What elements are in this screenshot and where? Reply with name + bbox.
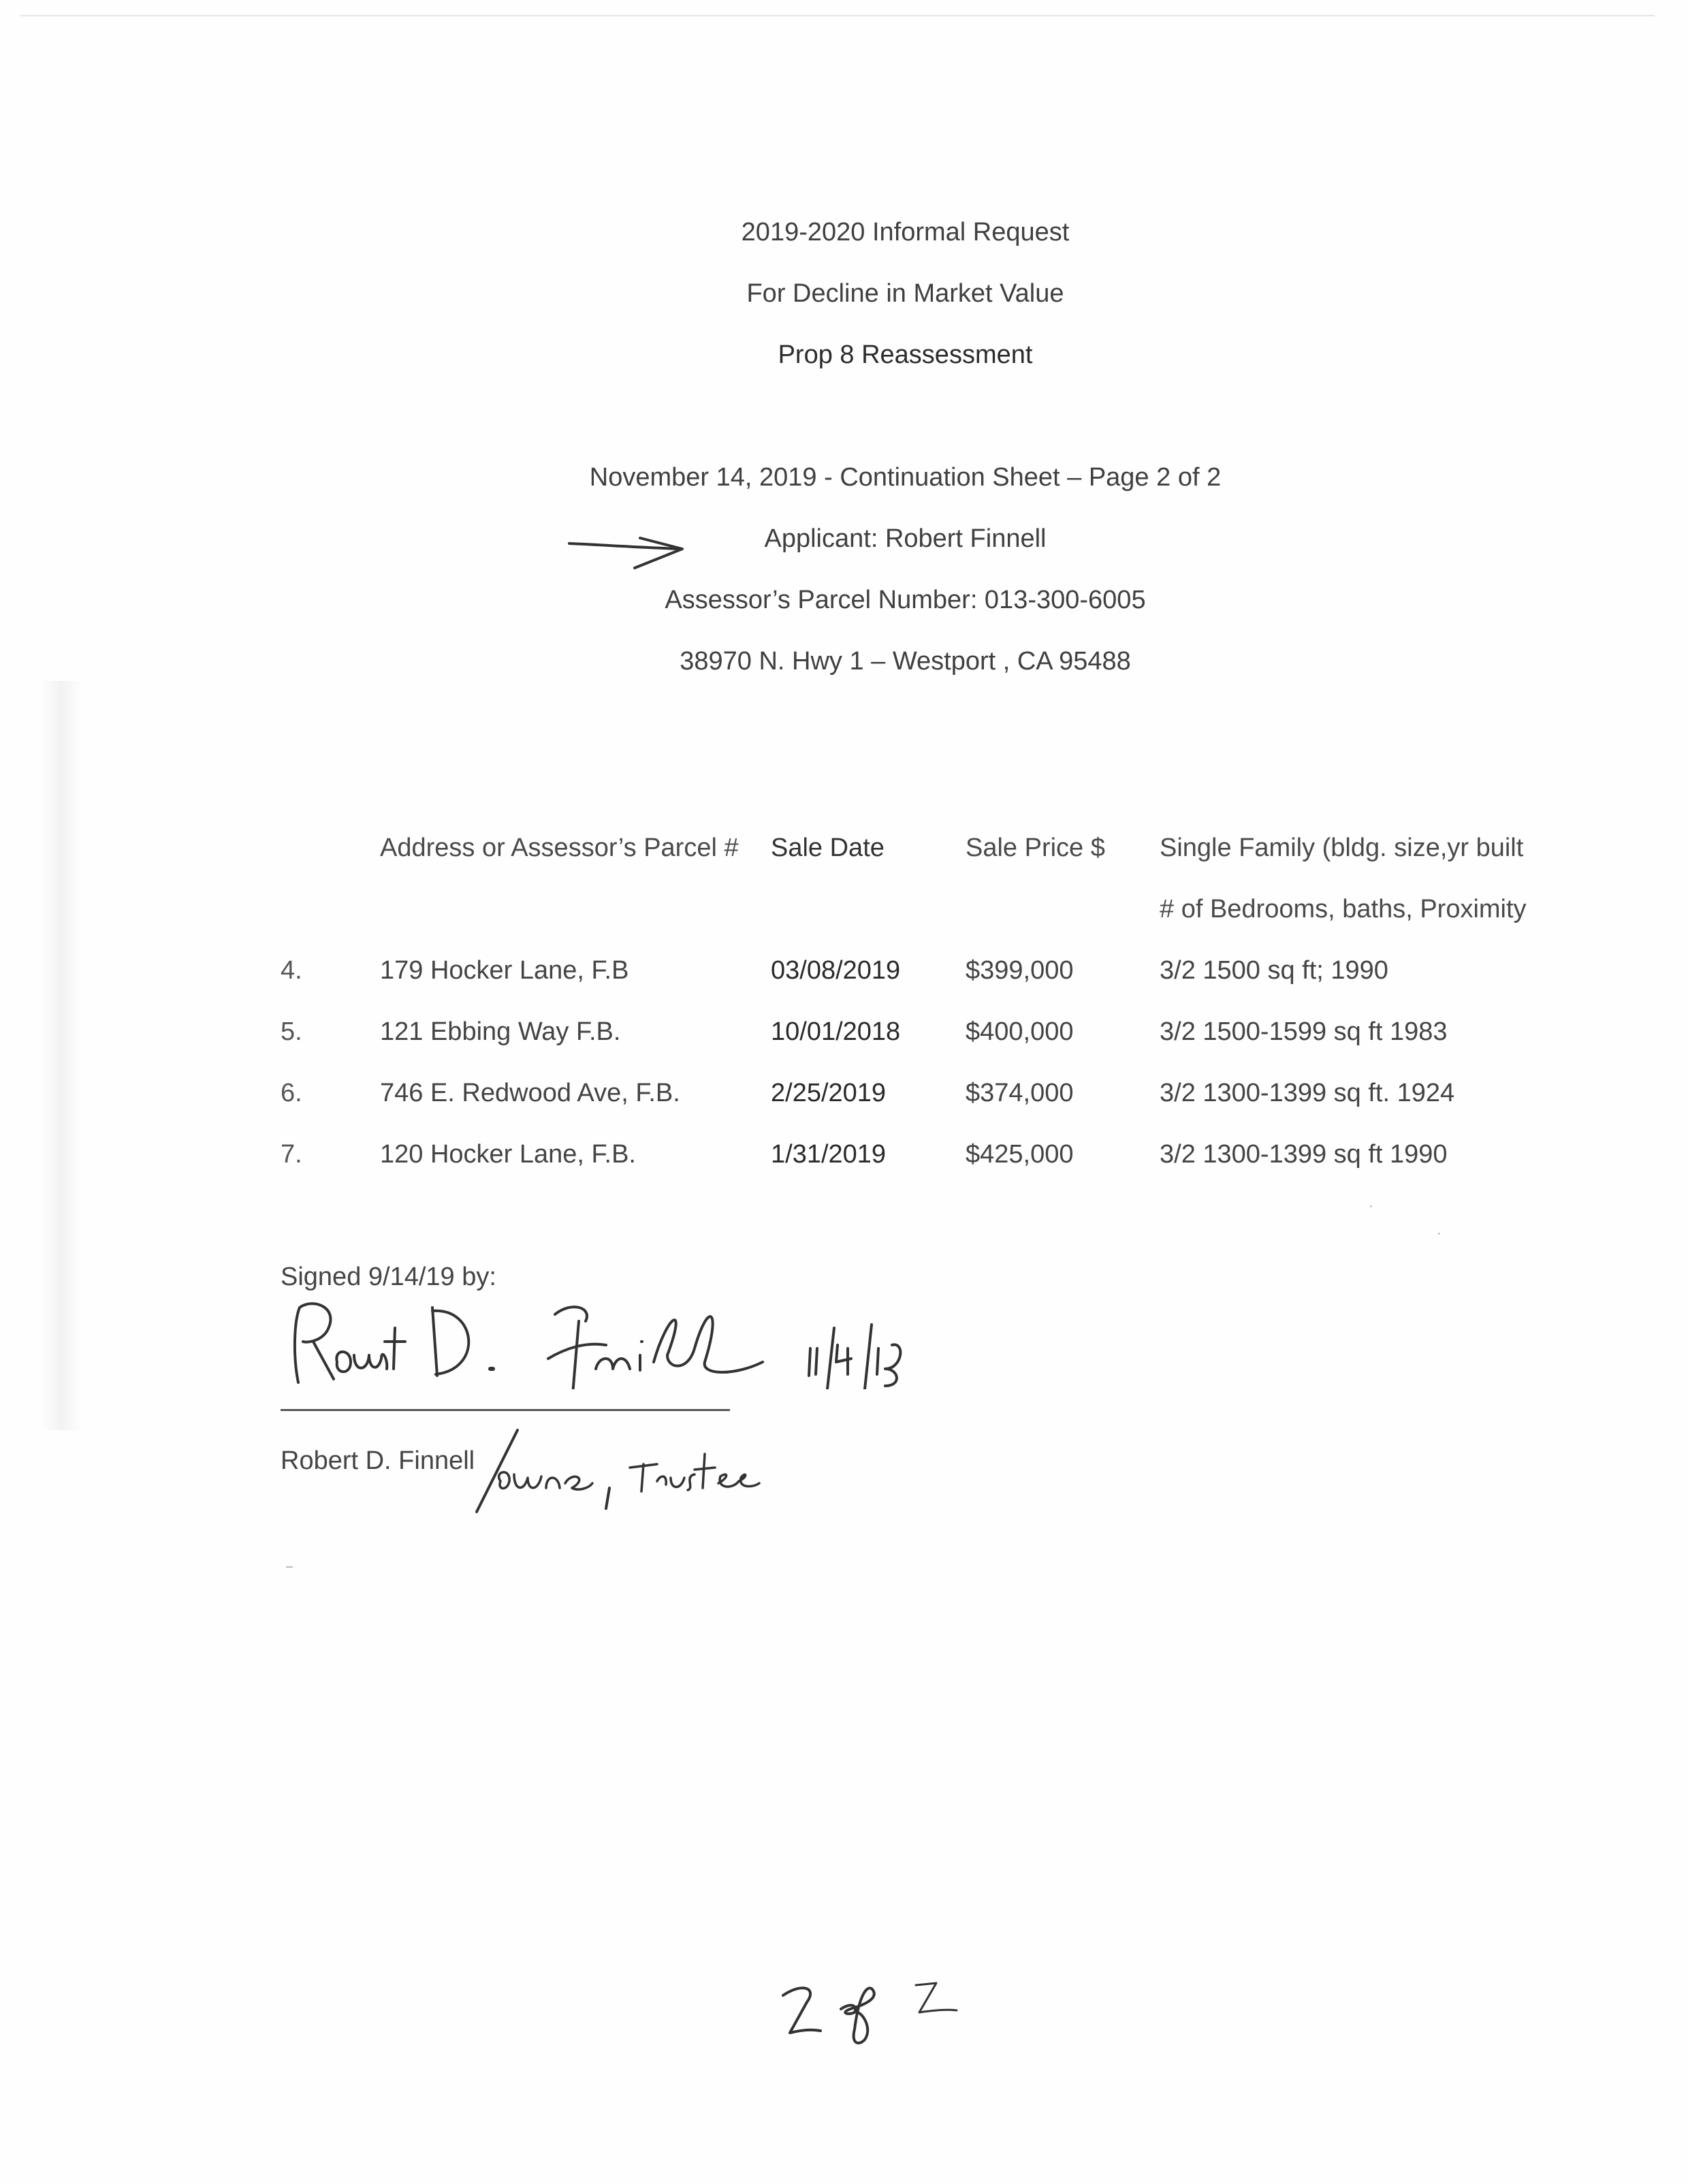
table-row: 4. 179 Hocker Lane, F.B 03/08/2019 $399,… bbox=[0, 955, 1688, 989]
header-address: Address or Assessor’s Parcel # bbox=[380, 832, 739, 864]
title-line-1: 2019-2020 Informal Request bbox=[61, 217, 1688, 248]
applicant-line: Applicant: Robert Finnell bbox=[61, 523, 1688, 554]
date-continuation-line: November 14, 2019 - Continuation Sheet –… bbox=[61, 462, 1688, 493]
header-single-family-cont: # of Bedrooms, baths, Proximity bbox=[1160, 893, 1527, 925]
header-single-family: Single Family (bldg. size,yr built bbox=[1160, 832, 1523, 864]
scan-speck: · bbox=[1437, 1226, 1442, 1241]
signed-label: Signed 9/14/19 by: bbox=[281, 1261, 496, 1293]
table-row: 7. 120 Hocker Lane, F.B. 1/31/2019 $425,… bbox=[0, 1139, 1688, 1173]
handwritten-signature-icon bbox=[286, 1294, 967, 1389]
scan-mark bbox=[286, 1566, 293, 1568]
row-address: 179 Hocker Lane, F.B bbox=[380, 955, 628, 986]
row-sale-date: 2/25/2019 bbox=[771, 1077, 886, 1109]
title-line-2: For Decline in Market Value bbox=[61, 278, 1688, 309]
row-address: 121 Ebbing Way F.B. bbox=[380, 1016, 620, 1047]
title-line-3: Prop 8 Reassessment bbox=[61, 339, 1688, 370]
row-sale-price: $400,000 bbox=[966, 1016, 1074, 1047]
row-sale-date: 10/01/2018 bbox=[771, 1016, 900, 1047]
parcel-number-line: Assessor’s Parcel Number: 013-300-6005 bbox=[61, 584, 1688, 616]
handwritten-title-icon bbox=[470, 1423, 851, 1519]
table-row: 5. 121 Ebbing Way F.B. 10/01/2018 $400,0… bbox=[0, 1016, 1688, 1050]
property-address-line: 38970 N. Hwy 1 – Westport , CA 95488 bbox=[61, 646, 1688, 677]
header-sale-price: Sale Price $ bbox=[966, 832, 1105, 864]
row-address: 120 Hocker Lane, F.B. bbox=[380, 1139, 636, 1170]
scan-edge bbox=[20, 15, 1655, 16]
scan-shadow bbox=[41, 681, 82, 1430]
printed-name: Robert D. Finnell bbox=[281, 1445, 475, 1476]
row-sale-date: 1/31/2019 bbox=[771, 1139, 886, 1170]
document-page: 2019-2020 Informal Request For Decline i… bbox=[0, 0, 1688, 2184]
row-sale-price: $399,000 bbox=[966, 955, 1074, 986]
table-row: 6. 746 E. Redwood Ave, F.B. 2/25/2019 $3… bbox=[0, 1077, 1688, 1111]
row-details: 3/2 1300-1399 sq ft. 1924 bbox=[1160, 1077, 1454, 1109]
row-details: 3/2 1500 sq ft; 1990 bbox=[1160, 955, 1388, 986]
row-sale-price: $425,000 bbox=[966, 1139, 1074, 1170]
handwritten-page-number-icon bbox=[776, 1975, 994, 2063]
header-sale-date: Sale Date bbox=[771, 832, 885, 864]
row-address: 746 E. Redwood Ave, F.B. bbox=[380, 1077, 680, 1109]
row-sale-price: $374,000 bbox=[966, 1077, 1074, 1109]
row-number: 4. bbox=[281, 955, 302, 986]
row-details: 3/2 1500-1599 sq ft 1983 bbox=[1160, 1016, 1448, 1047]
signature-line bbox=[281, 1409, 730, 1411]
row-number: 7. bbox=[281, 1139, 302, 1170]
row-number: 6. bbox=[281, 1077, 302, 1109]
scan-speck: · bbox=[1369, 1199, 1373, 1214]
row-number: 5. bbox=[281, 1016, 302, 1047]
row-sale-date: 03/08/2019 bbox=[771, 955, 900, 986]
row-details: 3/2 1300-1399 sq ft 1990 bbox=[1160, 1139, 1448, 1170]
